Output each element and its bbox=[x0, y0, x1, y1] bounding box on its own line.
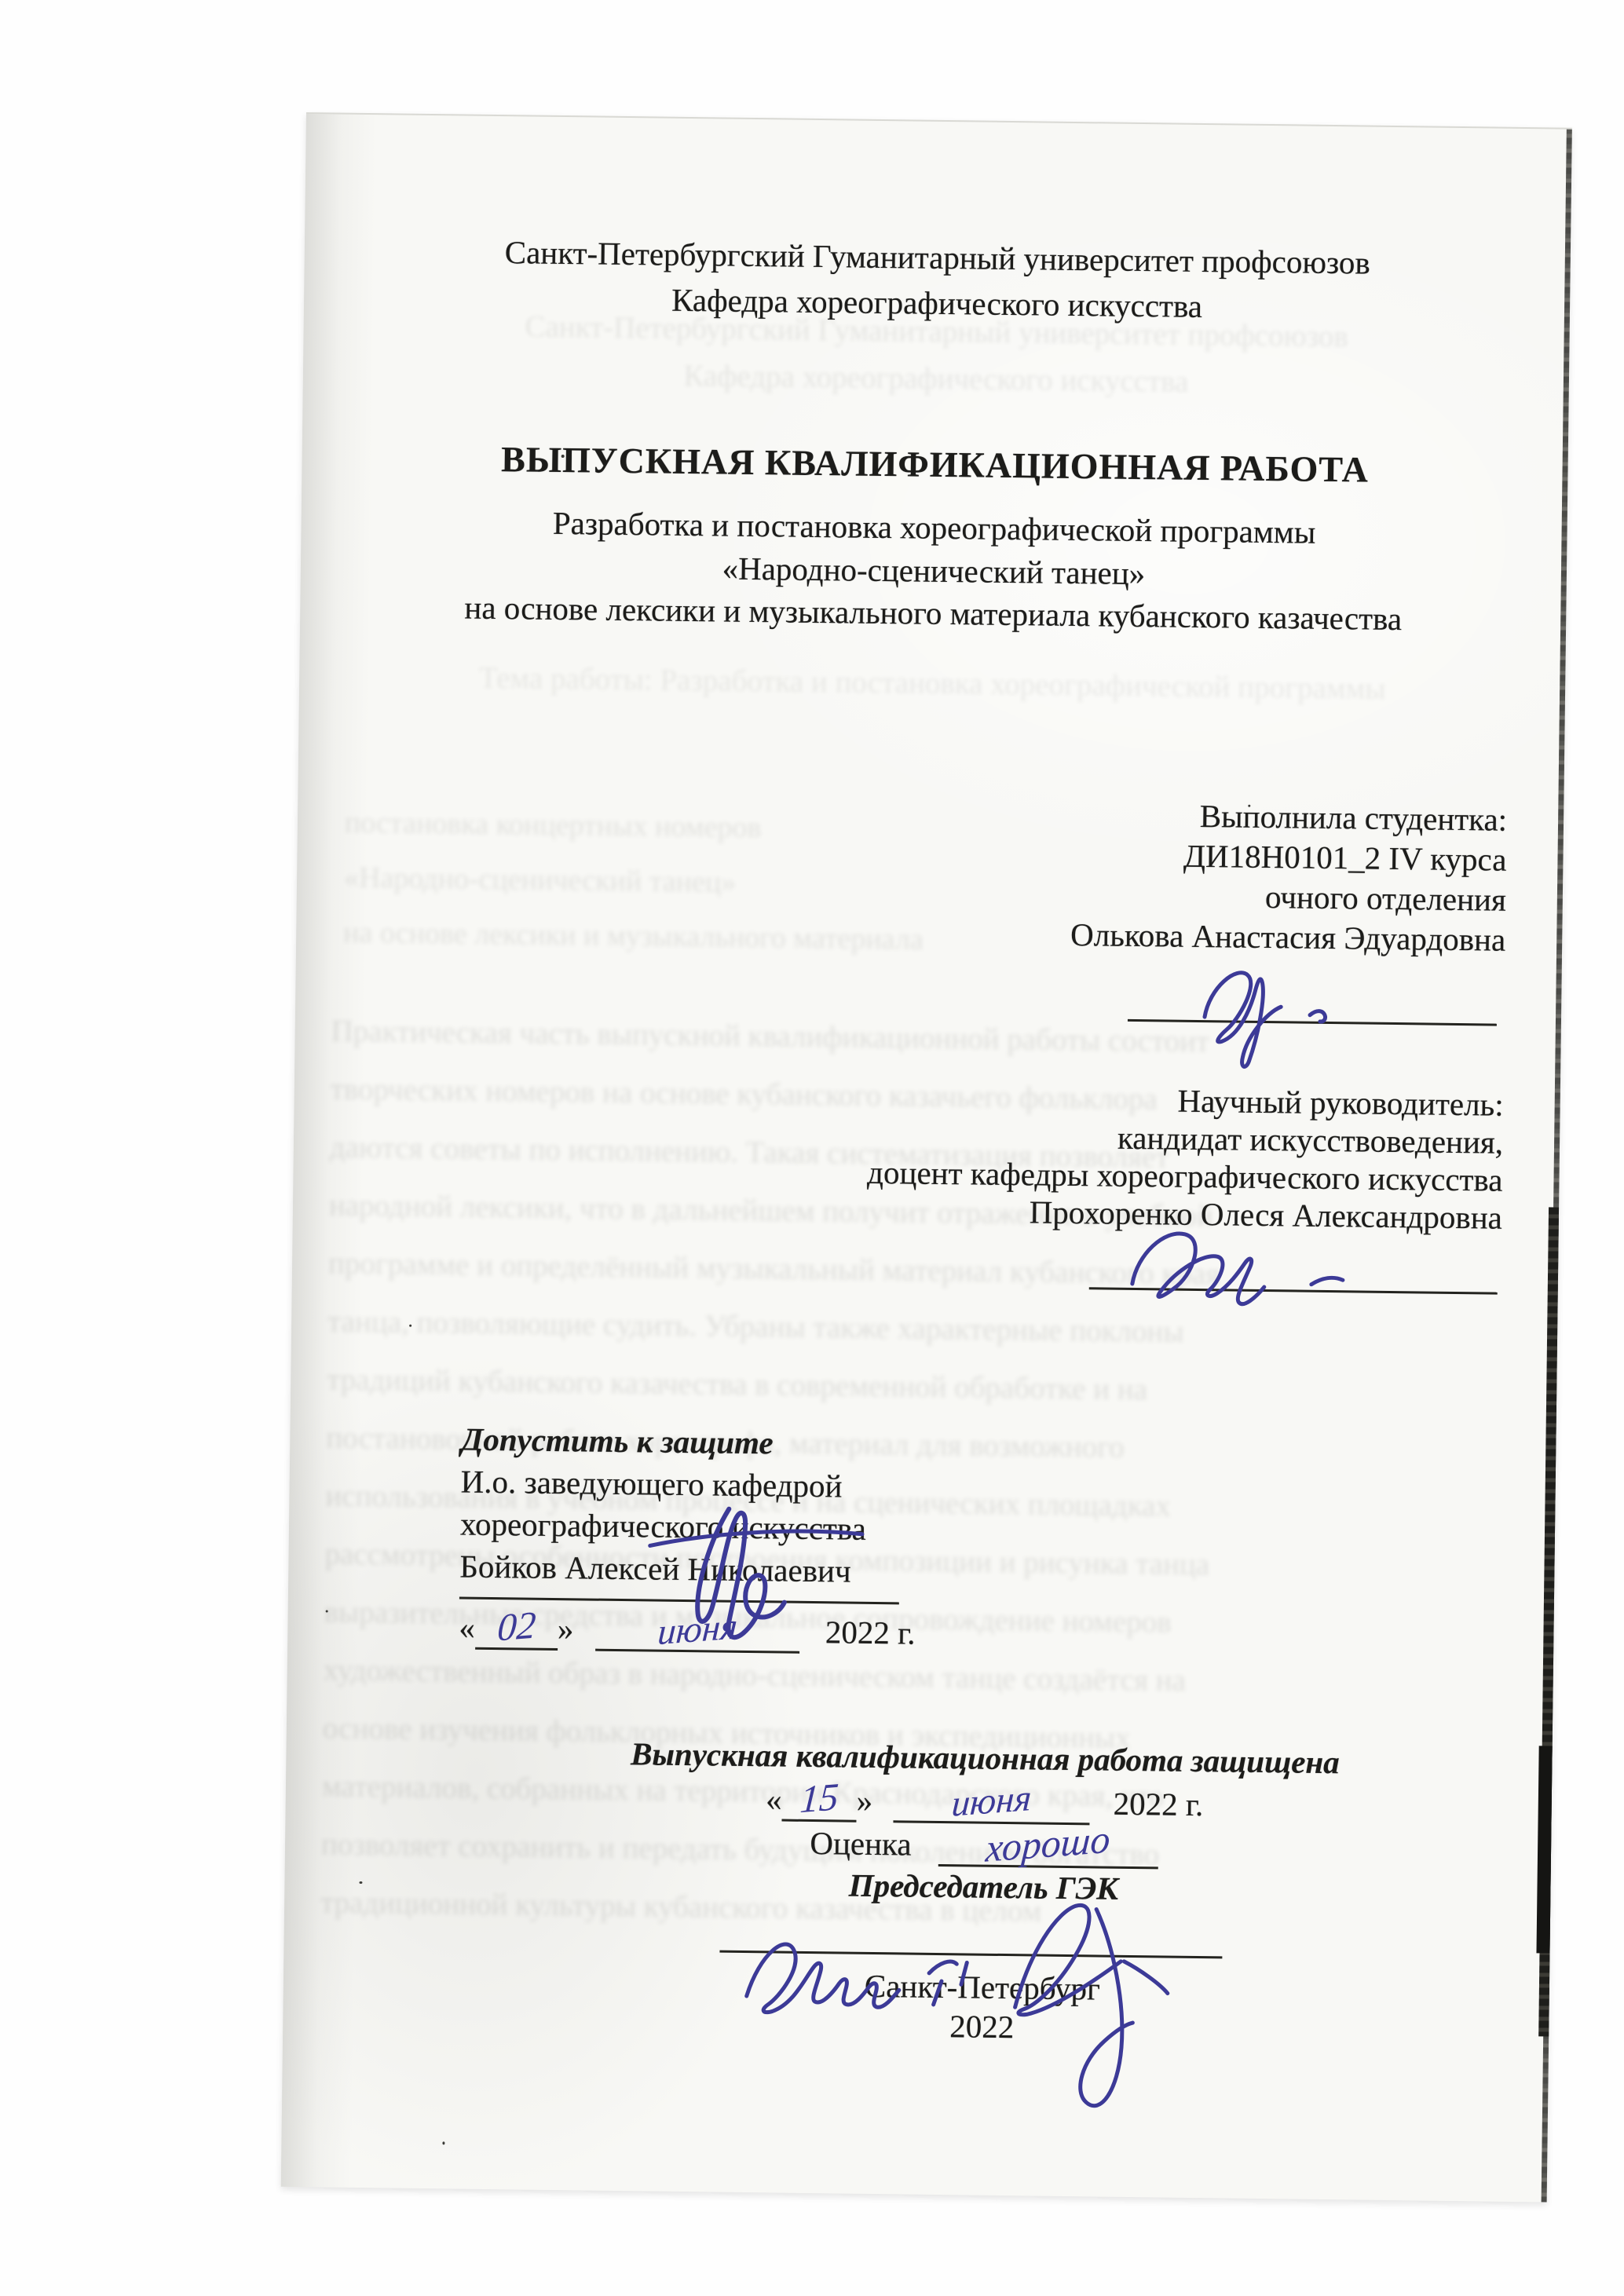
handwritten-month: июня bbox=[950, 1779, 1033, 1824]
student-department-form: очного отделения bbox=[847, 872, 1507, 919]
admission-heading: Допустить к защите bbox=[461, 1420, 774, 1463]
student-group: ДИ18Н0101_2 IV курса bbox=[847, 832, 1507, 879]
close-quote: » bbox=[856, 1782, 872, 1819]
grade-label: Оценка bbox=[810, 1825, 912, 1863]
scan-binding-edge-darkest bbox=[1536, 1746, 1552, 1954]
close-quote: » bbox=[558, 1610, 574, 1647]
defense-year: 2022 г. bbox=[1113, 1786, 1203, 1823]
university-name: Санкт-Петербургский Гуманитарный универс… bbox=[305, 230, 1571, 285]
scanned-document: Санкт-Петербургский Гуманитарный универс… bbox=[0, 0, 1624, 2296]
supervisor-signature bbox=[1116, 1212, 1384, 1317]
document-page: Санкт-Петербургский Гуманитарный универс… bbox=[281, 112, 1572, 2202]
handwritten-grade: хорошо bbox=[985, 1819, 1112, 1868]
head-signature bbox=[602, 1484, 902, 1676]
open-quote: « bbox=[459, 1610, 475, 1646]
gek-chair-signature bbox=[722, 1878, 1290, 2144]
scan-specks bbox=[306, 114, 1572, 130]
bleed-through-header-2: Кафедра хореографического искусства bbox=[303, 353, 1569, 404]
handwritten-day: 02 bbox=[496, 1605, 536, 1647]
student-label: Выполнила студентка: bbox=[847, 792, 1508, 839]
handwritten-day: 15 bbox=[799, 1777, 839, 1819]
student-signature bbox=[1174, 941, 1411, 1078]
open-quote: « bbox=[766, 1781, 782, 1817]
bleed-through-mid-line: Тема работы: Разработка и постановка хор… bbox=[299, 658, 1565, 709]
page-title: ВЫПУСКНАЯ КВАЛИФИКАЦИОННАЯ РАБОТА bbox=[302, 437, 1567, 492]
